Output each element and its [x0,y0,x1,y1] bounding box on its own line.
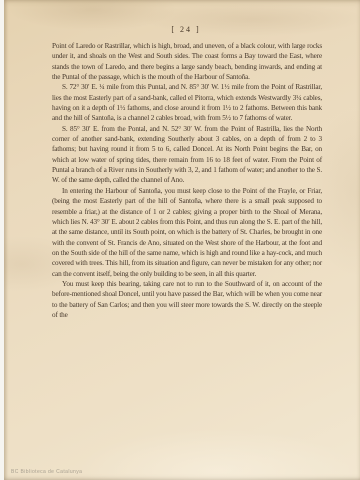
page-text-block: Point of Laredo or Rastrillar, which is … [52,41,322,320]
body-paragraph-1: Point of Laredo or Rastrillar, which is … [52,41,322,82]
body-paragraph-2: S. 72° 30′ E. ¼ mile from this Puntal, a… [52,82,322,123]
body-paragraph-3: S. 85° 30′ E. from the Pontal, and N. 52… [52,124,322,186]
scanned-book-page: [ 24 ] Point of Laredo or Rastrillar, wh… [4,0,360,480]
body-paragraph-4: In entering the Harbour of Santoña, you … [52,186,322,279]
scanner-background: [ 24 ] Point of Laredo or Rastrillar, wh… [0,0,360,480]
page-number: [ 24 ] [52,25,320,34]
digitization-watermark: BC Biblioteca de Catalunya [11,469,82,475]
body-paragraph-5: You must keep this bearing, taking care … [52,279,322,320]
